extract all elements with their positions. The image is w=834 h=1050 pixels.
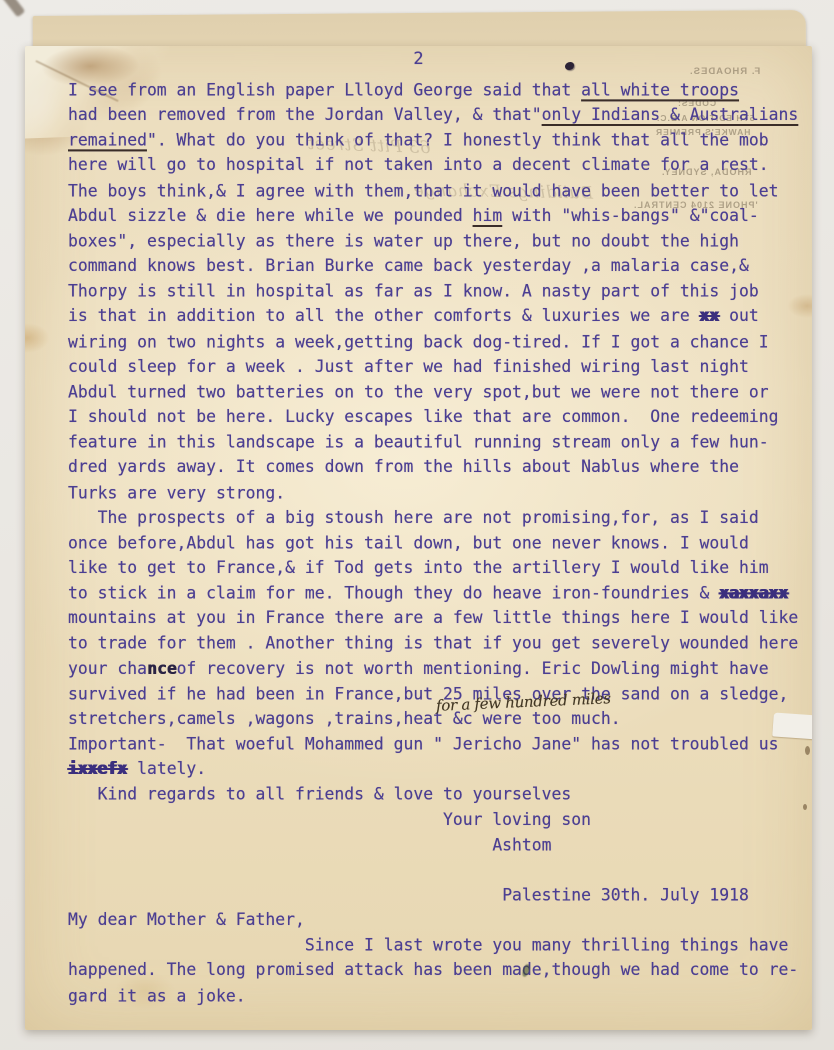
typed-text: Thorpy is still in hospital as far as I … <box>68 282 759 301</box>
typed-text: of recovery is not worth mentioning. Eri… <box>177 659 769 678</box>
letter-line: to stick in a claim for me. Though they … <box>68 581 800 606</box>
typed-text: Abdul turned two batteries on to the ver… <box>68 382 769 401</box>
typed-text: wiring on two nights a week,getting back… <box>68 332 769 351</box>
typed-text: The boys think,& I agree with them,that … <box>68 181 779 200</box>
typed-text: like to get to France,& if Tod gets into… <box>68 558 769 577</box>
typed-text: Since I last wrote you many thrilling th… <box>305 936 789 955</box>
letter-line: remained". What do you think of that? I … <box>68 128 800 153</box>
typed-text: Important- That woeful Mohammed gun " Je… <box>68 734 779 753</box>
scanned-letter-page: F. RHOADES. CODES: 5TH EDITION A.B.C. HA… <box>0 0 834 1050</box>
emphasized-text: all white troops <box>581 80 739 99</box>
letter-line: command knows best. Brian Burke came bac… <box>68 253 800 278</box>
emphasized-text: nce <box>147 659 177 678</box>
letter-line: stretchers,camels ,wagons ,trains,heat &… <box>68 706 800 731</box>
typed-text: could sleep for a week . Just after we h… <box>68 357 749 376</box>
typed-text: mountains at you in France there are a f… <box>68 608 798 627</box>
typed-text: once before,Abdul has got his tail down,… <box>68 533 749 552</box>
letter-line: like to get to France,& if Tod gets into… <box>68 555 800 580</box>
letter-line: feature in this landscape is a beautiful… <box>68 430 800 455</box>
emphasized-text: xx <box>700 306 720 325</box>
typed-text: to trade for them . Another thing is tha… <box>68 634 798 653</box>
letter-line: Abdul sizzle & die here while we pounded… <box>68 203 800 228</box>
typed-text: with "whis-bangs" &"coal- <box>502 206 759 225</box>
typed-text: ". What do you think of that? I honestly… <box>147 131 769 150</box>
typed-text: your cha <box>68 659 147 678</box>
letter-line: gard it as a joke. <box>68 983 800 1008</box>
letter-line: Important- That woeful Mohammed gun " Je… <box>68 731 800 756</box>
letter-line: ixxefx lately. <box>68 756 800 781</box>
letter-line: My dear Mother & Father, <box>68 907 800 932</box>
torn-edge-nick <box>772 712 812 739</box>
letter-line: I should not be here. Lucky escapes like… <box>68 404 800 429</box>
letter-line: once before,Abdul has got his tail down,… <box>68 530 800 555</box>
typed-text: to stick in a claim for me. Though they … <box>68 584 719 603</box>
typed-text: command knows best. Brian Burke came bac… <box>68 256 749 275</box>
paper-speck <box>803 804 807 810</box>
letter-line <box>68 857 800 882</box>
typed-text: Abdul sizzle & die here while we pounded <box>68 206 473 225</box>
typed-text: out <box>719 306 758 325</box>
letter-line: The prospects of a big stoush here are n… <box>68 505 800 530</box>
typed-text: Ashtom <box>492 835 551 854</box>
typed-text: dred yards away. It comes down from the … <box>68 457 739 476</box>
letter-line: I see from an English paper Llloyd Georg… <box>68 77 800 102</box>
letter-line: Palestine 30th. July 1918 <box>68 882 800 907</box>
typed-text: feature in this landscape is a beautiful… <box>68 433 769 452</box>
letter-line: Abdul turned two batteries on to the ver… <box>68 379 800 404</box>
emphasized-text: xaxxaxx <box>719 584 788 603</box>
typed-text: My dear Mother & Father, <box>68 910 305 929</box>
typed-text: is that in addition to all the other com… <box>68 306 700 325</box>
letter-line: could sleep for a week . Just after we h… <box>68 354 800 379</box>
typed-text: gard it as a joke. <box>68 986 246 1005</box>
letter-sheet: F. RHOADES. CODES: 5TH EDITION A.B.C. HA… <box>25 46 812 1030</box>
paper-speck <box>805 746 810 755</box>
letter-line: happened. The long promised attack has b… <box>68 957 800 982</box>
letter-line: here will go to hospital if not taken in… <box>68 152 800 177</box>
emphasized-text: ixxefx <box>68 759 127 778</box>
emphasized-text: him <box>473 206 503 225</box>
letter-line: mountains at you in France there are a f… <box>68 605 800 630</box>
typed-text: boxes", especially as there is water up … <box>68 231 739 250</box>
letter-line: Your loving son <box>68 807 800 832</box>
typed-text: Palestine 30th. July 1918 <box>502 885 749 904</box>
typed-text: lately. <box>127 759 206 778</box>
letter-line: Thorpy is still in hospital as far as I … <box>68 279 800 304</box>
page-number: 2 <box>25 49 812 69</box>
letter-body: I see from an English paper Llloyd Georg… <box>68 77 800 1008</box>
typed-text: I should not be here. Lucky escapes like… <box>68 407 779 426</box>
letter-line: wiring on two nights a week,getting back… <box>68 329 800 354</box>
letter-line: Since I last wrote you many thrilling th… <box>68 933 800 958</box>
typed-text: Your loving son <box>443 810 591 829</box>
typed-text: Turks are very strong. <box>68 483 285 502</box>
letter-line: Turks are very strong. <box>68 480 800 505</box>
letter-line: your chanceof recovery is not worth ment… <box>68 656 800 681</box>
typed-text: I see from an English paper Llloyd Georg… <box>68 80 581 99</box>
letter-line: The boys think,& I agree with them,that … <box>68 178 800 203</box>
letter-line: to trade for them . Another thing is tha… <box>68 631 800 656</box>
letter-line: dred yards away. It comes down from the … <box>68 454 800 479</box>
emphasized-text: remained <box>68 131 147 150</box>
typed-text: happened. The long promised attack has b… <box>68 960 798 979</box>
letter-line: Kind regards to all friends & love to yo… <box>68 782 800 807</box>
emphasized-text: only Indians & Australians <box>542 105 799 124</box>
letter-line: is that in addition to all the other com… <box>68 303 800 328</box>
scan-artifact <box>0 0 25 17</box>
typed-text: The prospects of a big stoush here are n… <box>98 508 759 527</box>
typed-text: survived if he had been in France,but 25… <box>68 684 788 703</box>
letter-line: survived if he had been in France,but 25… <box>68 681 800 706</box>
letter-line: had been removed from the Jordan Valley,… <box>68 102 800 127</box>
letter-line: boxes", especially as there is water up … <box>68 228 800 253</box>
letter-line: Ashtom <box>68 832 800 857</box>
typed-text: had been removed from the Jordan Valley,… <box>68 105 542 124</box>
typed-text: Kind regards to all friends & love to yo… <box>98 785 572 804</box>
typed-text: here will go to hospital if not taken in… <box>68 155 769 174</box>
